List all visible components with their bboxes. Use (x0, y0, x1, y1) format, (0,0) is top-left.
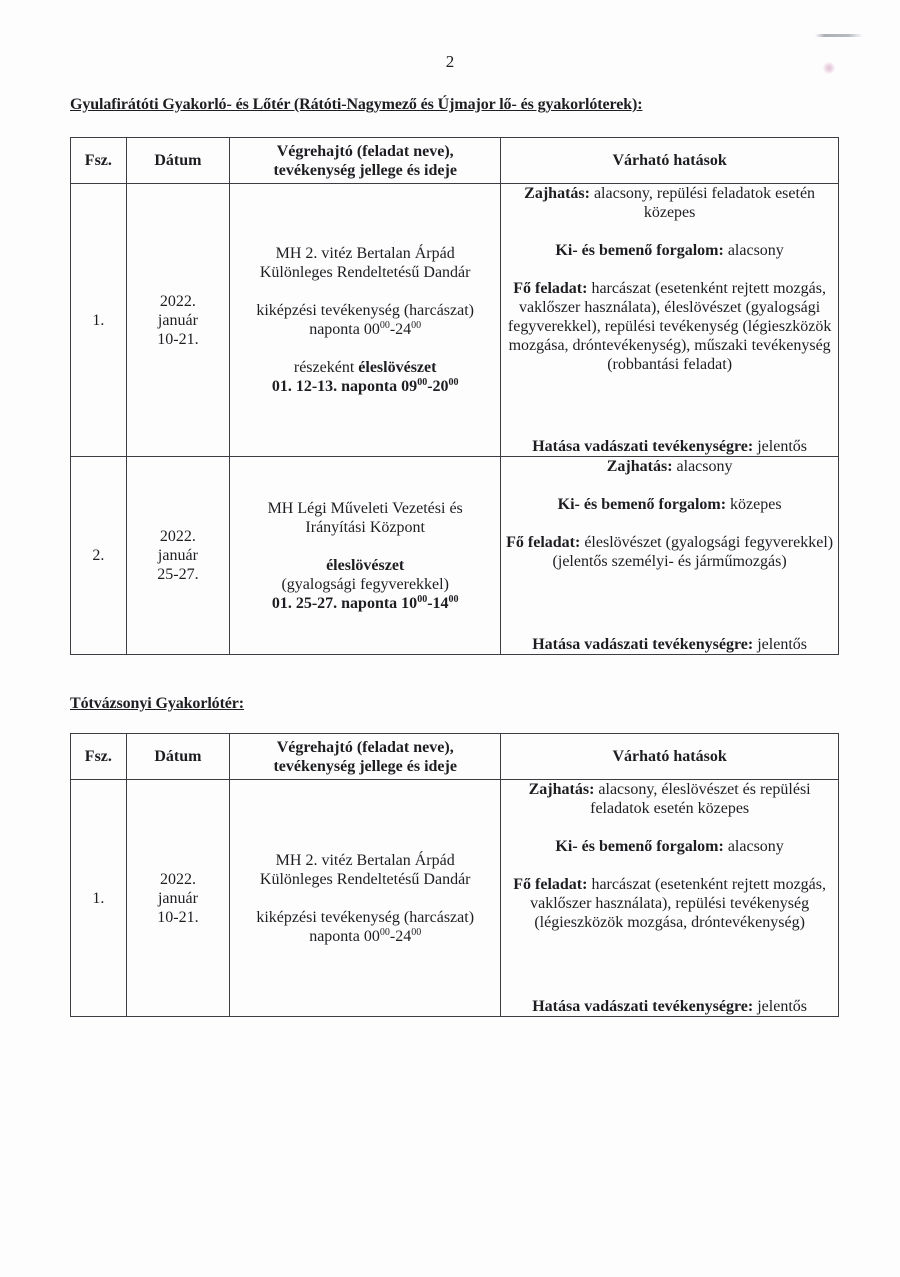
row-date: 2022. január 10-21. (126, 780, 229, 1017)
row-effects: Zajhatás: alacsony, repülési feladatok e… (501, 184, 839, 457)
date-year: 2022. (127, 527, 229, 546)
section-title-totvazsony: Tótvázsonyi Gyakorlótér: (70, 695, 244, 713)
executor-line: Különleges Rendeltetésű Dandár (230, 870, 500, 889)
effect-main-task: Fő feladat: harcászat (esetenként rejtet… (501, 279, 838, 374)
schedule-table-totvazsony: Fsz. Dátum Végrehajtó (feladat neve), te… (70, 733, 839, 1017)
row-fsz: 2. (71, 457, 127, 655)
row-fsz: 1. (71, 184, 127, 457)
effect-noise: Zajhatás: alacsony, repülési feladatok e… (501, 184, 838, 222)
row-executor: MH 2. vitéz Bertalan Árpád Különleges Re… (230, 780, 501, 1017)
live-fire-time: 01. 25-27. naponta 1000-1400 (230, 594, 500, 613)
table-row: 2. 2022. január 25-27. MH Légi Műveleti … (71, 457, 839, 655)
header-vegrehajto: Végrehajtó (feladat neve), tevékenység j… (230, 734, 501, 780)
header-datum: Dátum (126, 138, 229, 184)
row-effects: Zajhatás: alacsony, éleslövészet és repü… (501, 780, 839, 1017)
date-month: január (127, 889, 229, 908)
effect-traffic: Ki- és bemenő forgalom: közepes (501, 495, 838, 514)
row-executor: MH 2. vitéz Bertalan Árpád Különleges Re… (230, 184, 501, 457)
date-month: január (127, 546, 229, 565)
header-vegrehajto: Végrehajtó (feladat neve), tevékenység j… (230, 138, 501, 184)
table-row: 1. 2022. január 10-21. MH 2. vitéz Berta… (71, 184, 839, 457)
effect-main-task: Fő feladat: éleslövészet (gyalogsági feg… (501, 533, 838, 571)
effect-main-task: Fő feladat: harcászat (esetenként rejtet… (501, 875, 838, 932)
effect-traffic: Ki- és bemenő forgalom: alacsony (501, 837, 838, 856)
header-hatasok: Várható hatások (501, 734, 839, 780)
executor-line: MH Légi Műveleti Vezetési és (230, 499, 500, 518)
live-fire-detail: (gyalogsági fegyverekkel) (230, 575, 500, 594)
effect-hunting: Hatása vadászati tevékenységre: jelentős (501, 437, 838, 456)
header-vegrehajto-line2: tevékenység jellege és ideje (230, 757, 500, 776)
page-number: 2 (0, 52, 900, 72)
header-vegrehajto-line1: Végrehajtó (feladat neve), (230, 142, 500, 161)
table-row: 1. 2022. január 10-21. MH 2. vitéz Berta… (71, 780, 839, 1017)
header-fsz: Fsz. (71, 138, 127, 184)
executor-line: MH 2. vitéz Bertalan Árpád (230, 851, 500, 870)
schedule-table-gyulafiratot: Fsz. Dátum Végrehajtó (feladat neve), te… (70, 137, 839, 655)
table-header-row: Fsz. Dátum Végrehajtó (feladat neve), te… (71, 138, 839, 184)
header-vegrehajto-line1: Végrehajtó (feladat neve), (230, 738, 500, 757)
row-effects: Zajhatás: alacsony Ki- és bemenő forgalo… (501, 457, 839, 655)
activity-time: naponta 0000-2400 (230, 927, 500, 946)
executor-line: Különleges Rendeltetésű Dandár (230, 263, 500, 282)
date-days: 10-21. (127, 908, 229, 927)
effect-traffic: Ki- és bemenő forgalom: alacsony (501, 241, 838, 260)
header-fsz: Fsz. (71, 734, 127, 780)
executor-line: Irányítási Központ (230, 518, 500, 537)
live-fire-label: részeként éleslövészet (230, 358, 500, 377)
activity-type: kiképzési tevékenység (harcászat) (230, 908, 500, 927)
effect-hunting: Hatása vadászati tevékenységre: jelentős (501, 635, 838, 654)
scan-artifact (815, 34, 863, 37)
effect-noise: Zajhatás: alacsony, éleslövészet és repü… (501, 780, 838, 818)
section-title-gyulafiratot: Gyulafirátóti Gyakorló- és Lőtér (Rátóti… (70, 96, 642, 114)
activity-time: naponta 0000-2400 (230, 320, 500, 339)
live-fire-time: 01. 12-13. naponta 0900-2000 (230, 377, 500, 396)
date-month: január (127, 311, 229, 330)
executor-line: MH 2. vitéz Bertalan Árpád (230, 244, 500, 263)
effect-noise: Zajhatás: alacsony (501, 457, 838, 476)
header-hatasok: Várható hatások (501, 138, 839, 184)
activity-type: kiképzési tevékenység (harcászat) (230, 301, 500, 320)
live-fire-label: éleslövészet (230, 556, 500, 575)
row-date: 2022. január 10-21. (126, 184, 229, 457)
row-date: 2022. január 25-27. (126, 457, 229, 655)
header-datum: Dátum (126, 734, 229, 780)
date-days: 25-27. (127, 565, 229, 584)
table-header-row: Fsz. Dátum Végrehajtó (feladat neve), te… (71, 734, 839, 780)
date-year: 2022. (127, 292, 229, 311)
row-executor: MH Légi Műveleti Vezetési és Irányítási … (230, 457, 501, 655)
date-days: 10-21. (127, 330, 229, 349)
effect-hunting: Hatása vadászati tevékenységre: jelentős (501, 997, 838, 1016)
row-fsz: 1. (71, 780, 127, 1017)
header-vegrehajto-line2: tevékenység jellege és ideje (230, 161, 500, 180)
date-year: 2022. (127, 870, 229, 889)
